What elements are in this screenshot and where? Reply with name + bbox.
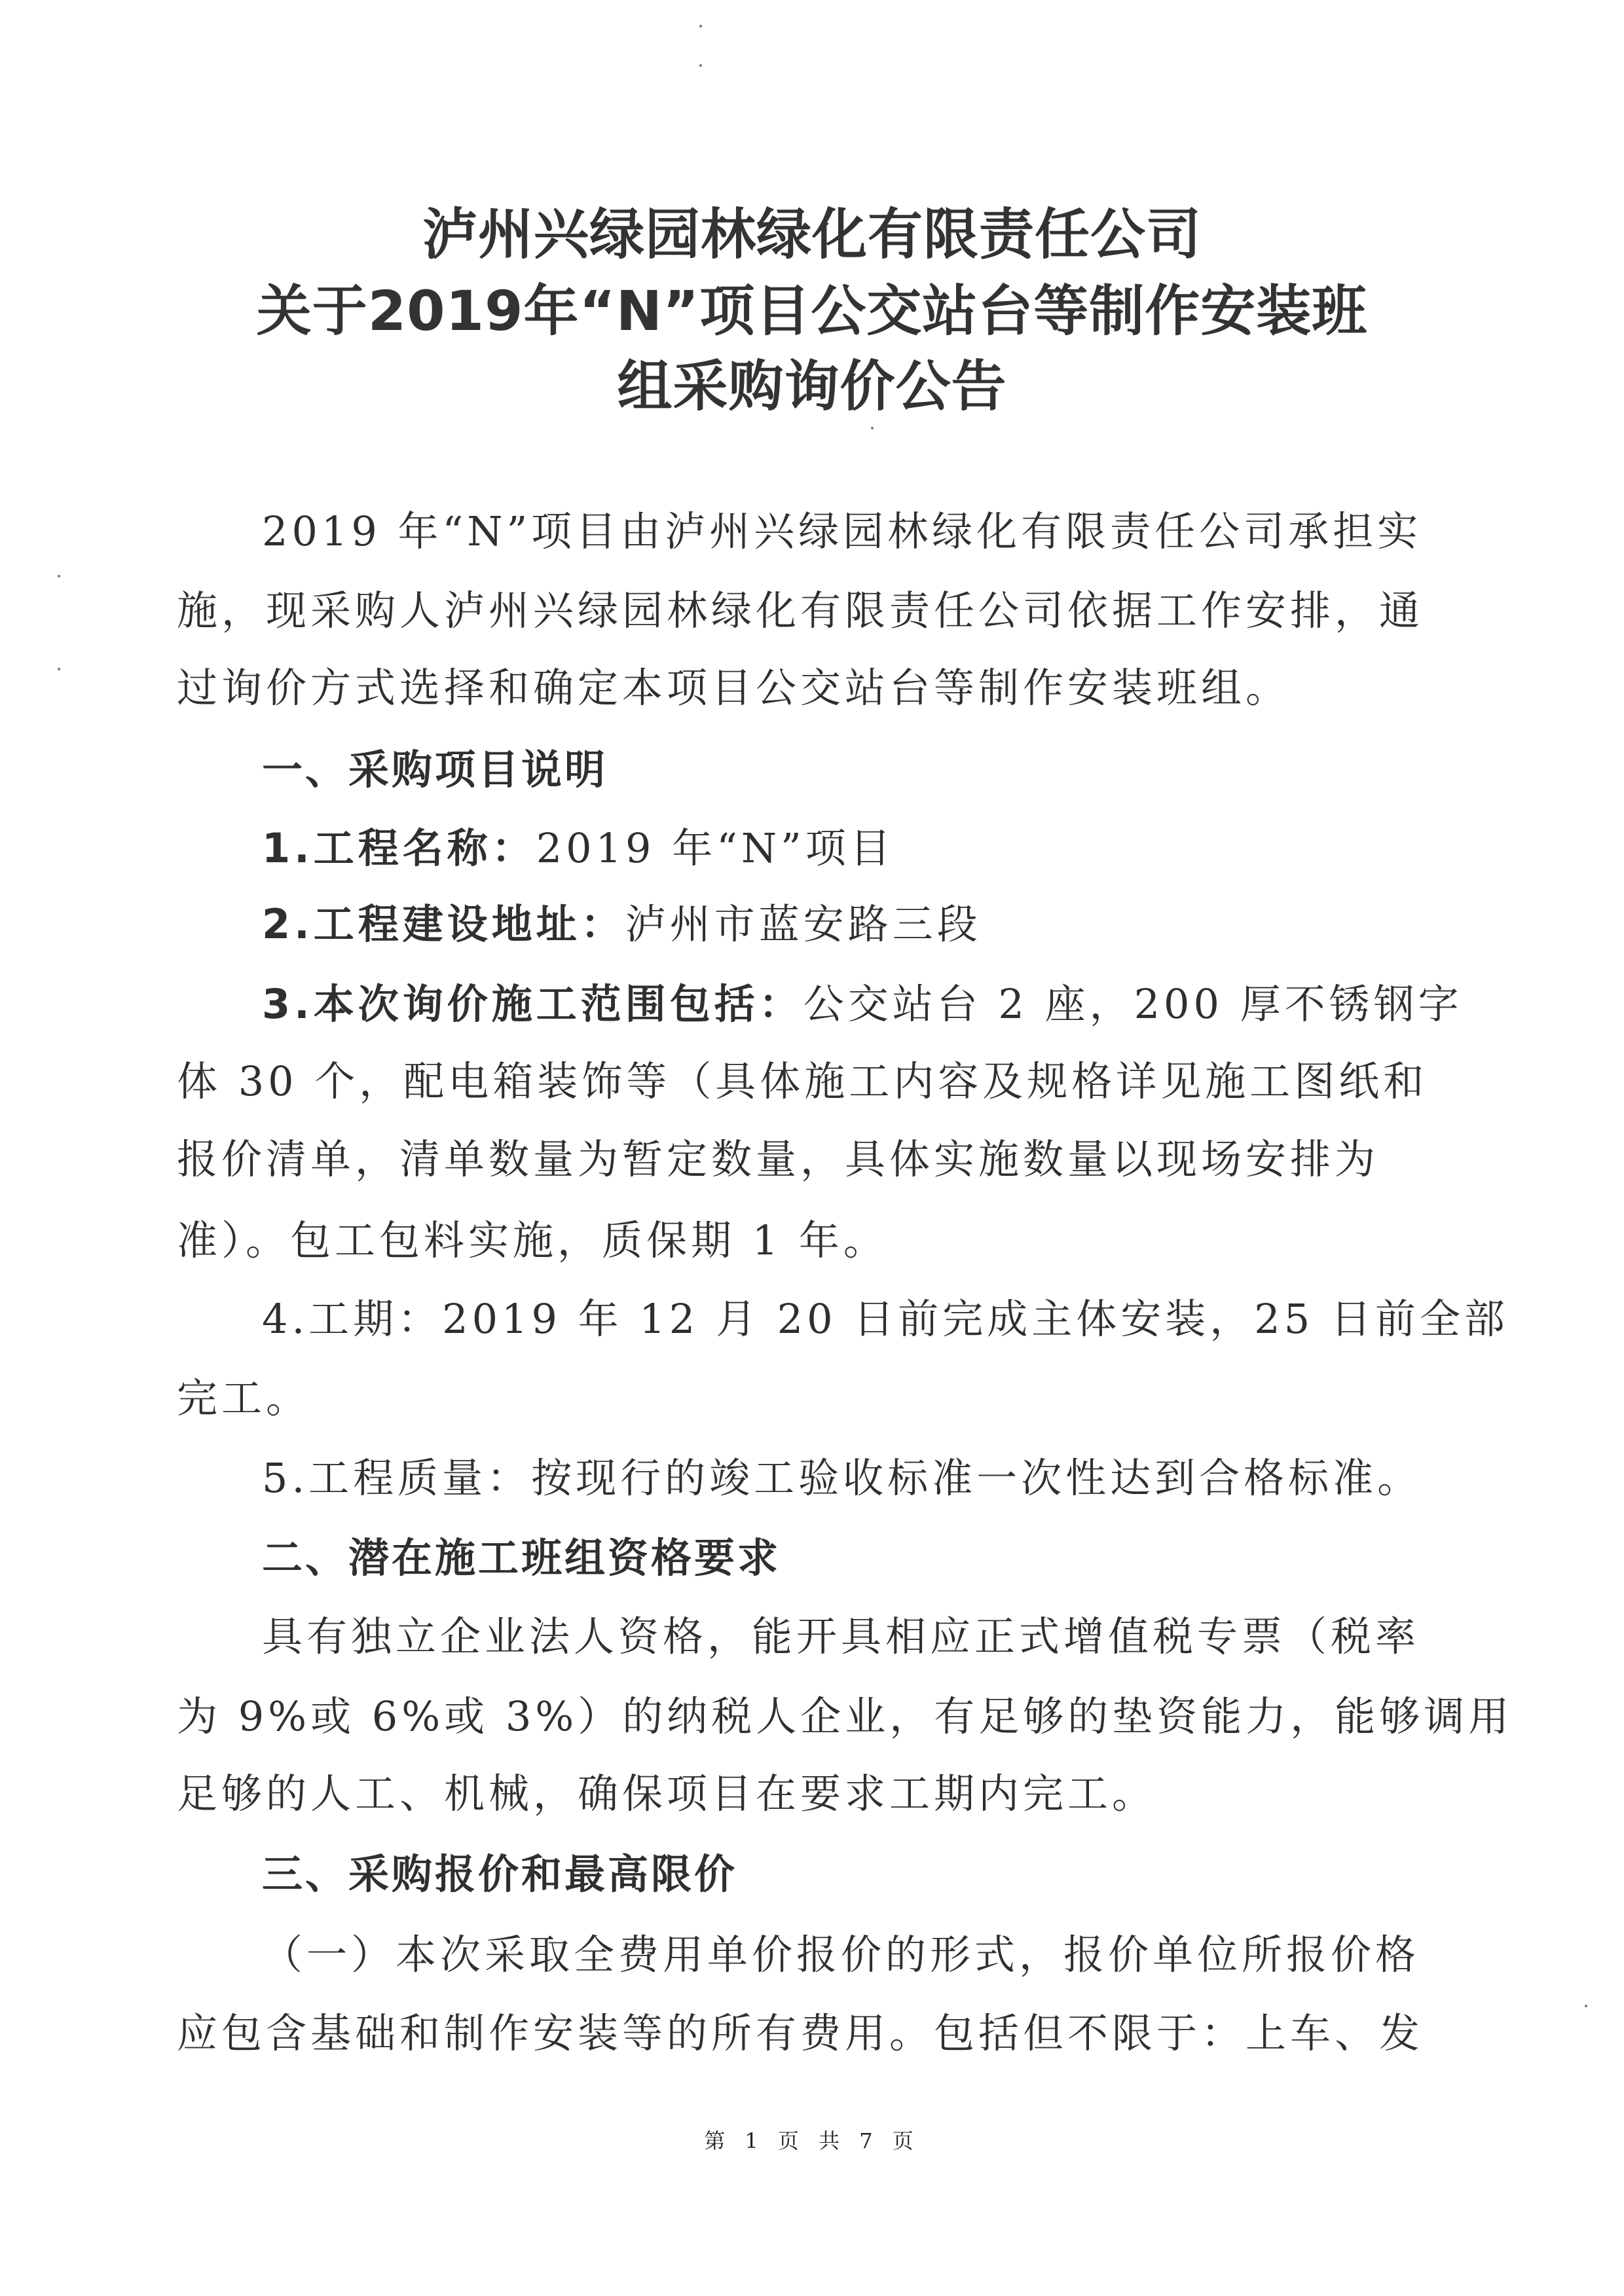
- item-4: 4.工期：2019 年 12 月 20 日前完成主体安装，25 日前全部: [262, 1293, 1401, 1345]
- section-2-heading: 二、潜在施工班组资格要求: [262, 1532, 1401, 1584]
- intro-line-3: 过询价方式选择和确定本项目公交站台等制作安装班组。: [177, 662, 1401, 714]
- item-3-cont-2: 报价清单，清单数量为暂定数量，具体实施数量以现场安排为: [177, 1133, 1401, 1186]
- item-1: 1.工程名称：2019 年“N”项目: [262, 822, 1401, 875]
- scan-speck: [1585, 2005, 1587, 2007]
- section-1-heading: 一、采购项目说明: [262, 744, 1401, 796]
- item-4-cont: 完工。: [177, 1372, 1401, 1425]
- section-3-heading: 三、采购报价和最高限价: [262, 1848, 1401, 1901]
- item-2-label: 2.工程建设地址：: [262, 900, 625, 948]
- scan-speck: [699, 25, 702, 27]
- section-3-line-2: 应包含基础和制作安装等的所有费用。包括但不限于：上车、发: [177, 2007, 1401, 2060]
- scan-speck: [699, 64, 702, 67]
- intro-line-1: 2019 年“N”项目由泸州兴绿园林绿化有限责任公司承担实: [262, 505, 1401, 558]
- scan-speck: [871, 427, 874, 429]
- item-3-text: 公交站台 2 座，200 厚不锈钢字: [803, 980, 1463, 1028]
- section-2-line-2: 为 9%或 6%或 3%）的纳税人企业，有足够的垫资能力，能够调用: [177, 1690, 1401, 1743]
- item-5-label: 5.工程质量：: [262, 1454, 531, 1502]
- scan-speck: [58, 575, 60, 577]
- page-number: 第 1 页 共 7 页: [0, 2124, 1624, 2155]
- scan-speck: [58, 668, 60, 670]
- item-3: 3.本次询价施工范围包括：公交站台 2 座，200 厚不锈钢字: [262, 978, 1401, 1030]
- item-4-text: 2019 年 12 月 20 日前完成主体安装，25 日前全部: [442, 1295, 1509, 1343]
- title-line-1: 泸州兴绿园林绿化有限责任公司: [0, 195, 1624, 274]
- item-3-cont-1: 体 30 个，配电箱装饰等（具体施工内容及规格详见施工图纸和: [177, 1055, 1401, 1108]
- item-5: 5.工程质量：按现行的竣工验收标准一次性达到合格标准。: [262, 1452, 1401, 1504]
- item-1-label: 1.工程名称：: [262, 824, 536, 872]
- item-3-cont-3: 准）。包工包料实施，质保期 1 年。: [177, 1214, 1401, 1267]
- title-line-2: 关于2019年“N”项目公交站台等制作安装班: [0, 272, 1624, 350]
- item-1-text: 2019 年“N”项目: [536, 824, 895, 872]
- item-5-text: 按现行的竣工验收标准一次性达到合格标准。: [531, 1454, 1422, 1502]
- item-2-text: 泸州市蓝安路三段: [625, 900, 982, 948]
- section-2-line-3: 足够的人工、机械，确保项目在要求工期内完工。: [177, 1768, 1401, 1820]
- intro-line-2: 施，现采购人泸州兴绿园林绿化有限责任公司依据工作安排，通: [177, 585, 1401, 637]
- title-line-3: 组采购询价公告: [0, 347, 1624, 426]
- section-3-line-1: （一）本次采取全费用单价报价的形式，报价单位所报价格: [262, 1929, 1401, 1981]
- item-2: 2.工程建设地址：泸州市蓝安路三段: [262, 898, 1401, 951]
- section-2-line-1: 具有独立企业法人资格，能开具相应正式增值税专票（税率: [262, 1611, 1401, 1663]
- item-3-label: 3.本次询价施工范围包括：: [262, 980, 803, 1028]
- item-4-label: 4.工期：: [262, 1295, 442, 1343]
- document-page: 泸州兴绿园林绿化有限责任公司 关于2019年“N”项目公交站台等制作安装班 组采…: [0, 0, 1624, 2296]
